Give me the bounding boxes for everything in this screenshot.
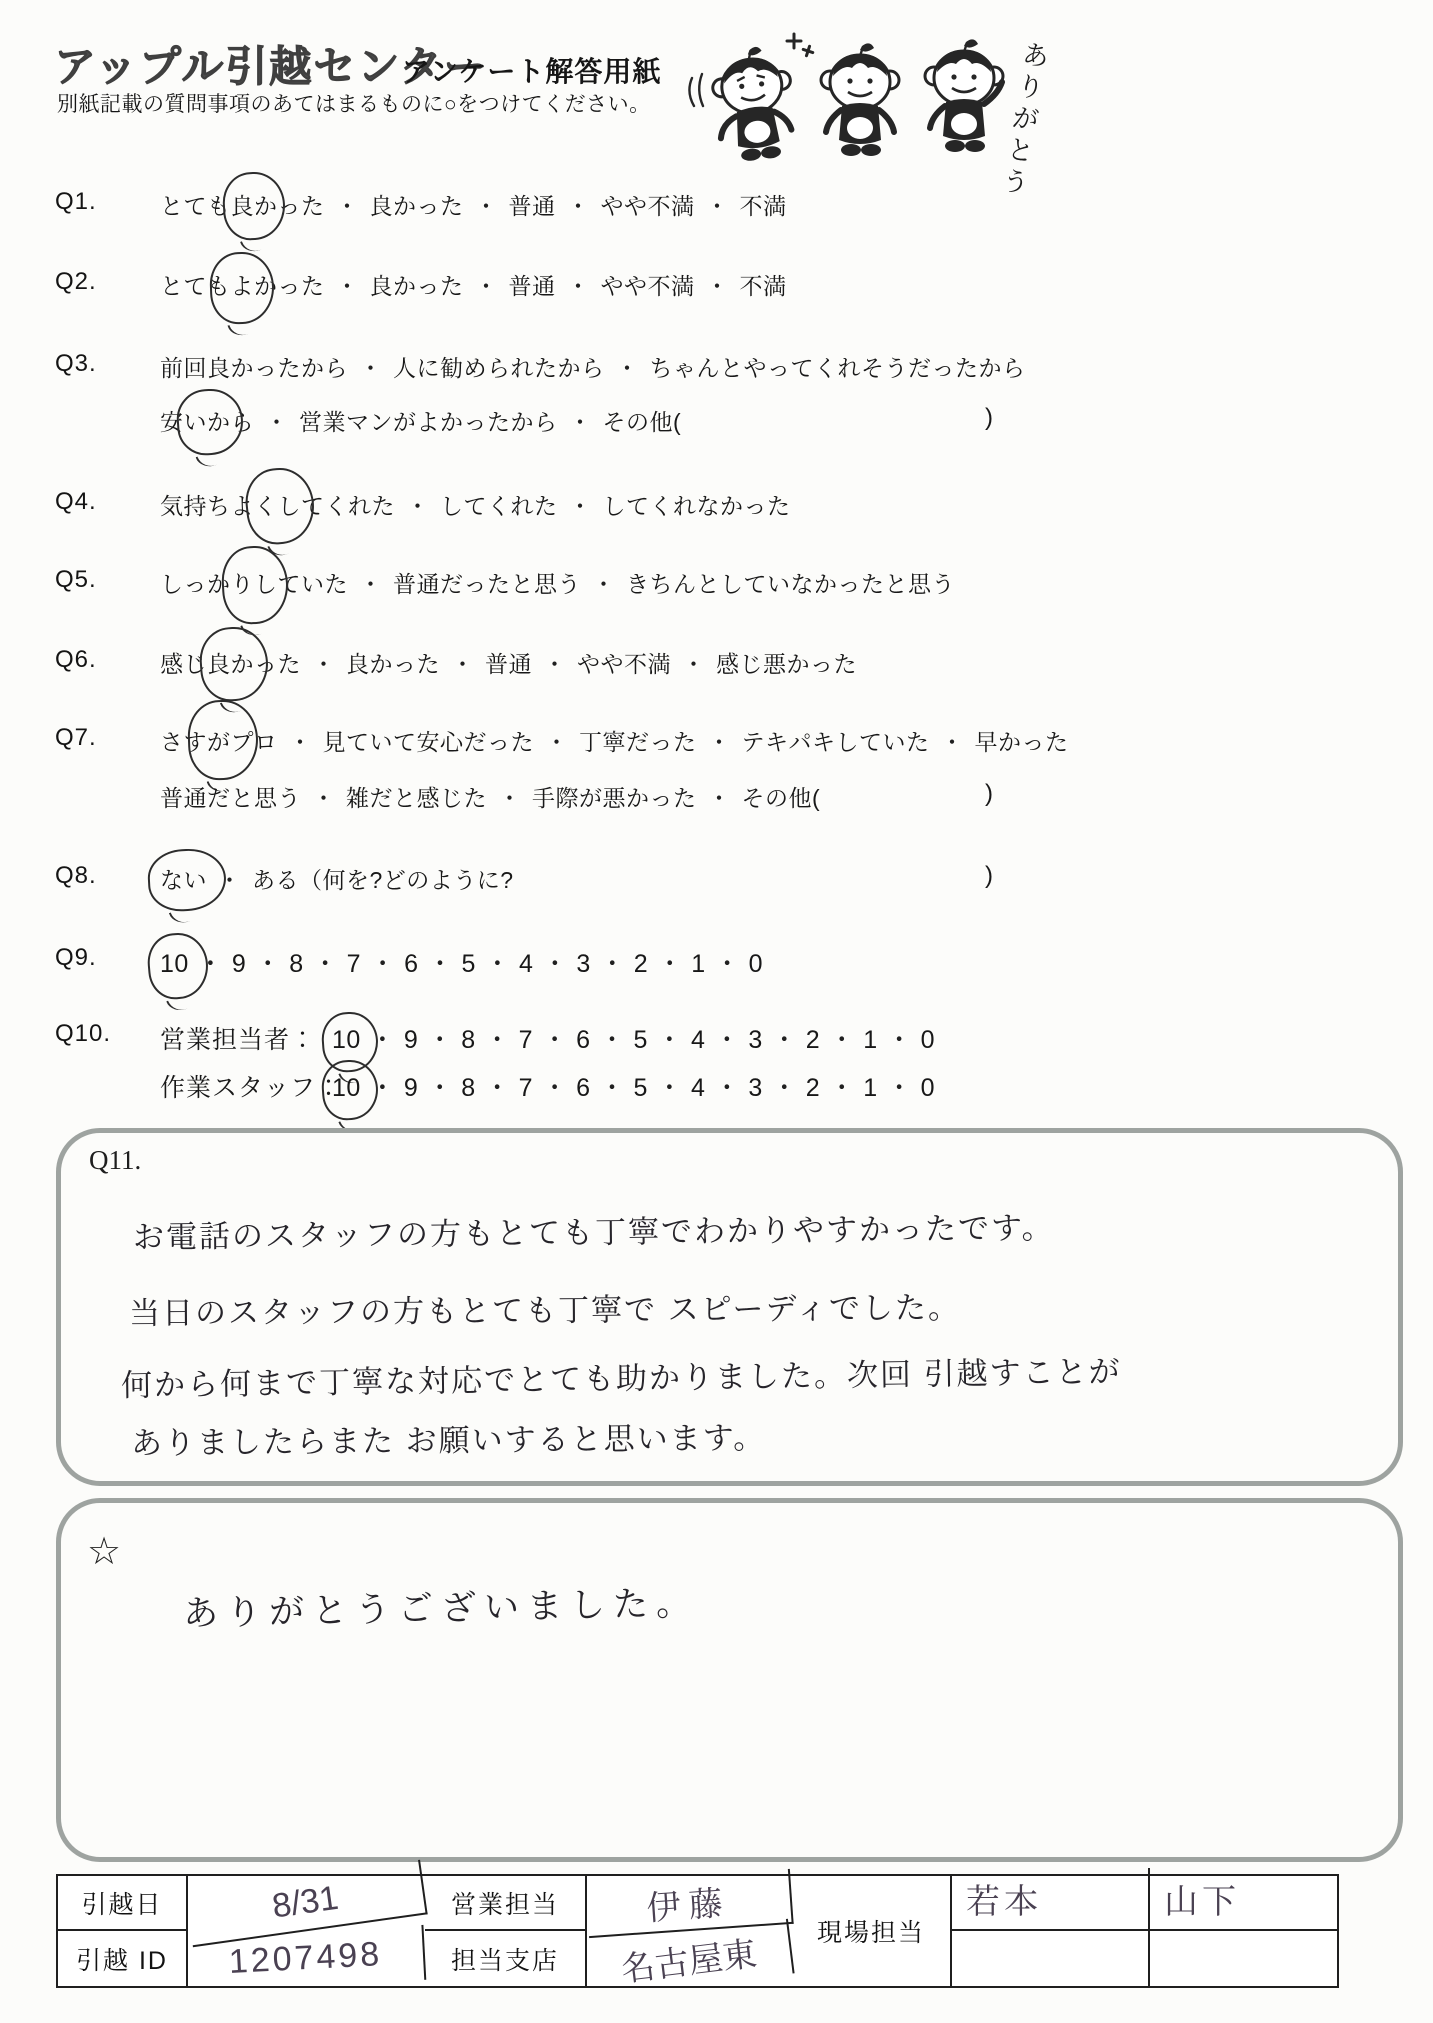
- answer-option: 10: [332, 1026, 361, 1055]
- thanks-box: ☆ ありがとうございました。: [56, 1498, 1403, 1862]
- option-separator-dot: ・: [543, 651, 566, 677]
- option-separator-dot: ・: [370, 1074, 395, 1102]
- option-separator-dot: ・: [475, 273, 498, 299]
- question-number-q11: Q11.: [89, 1145, 141, 1176]
- answer-option: 普通だったと思う: [393, 566, 581, 599]
- option-separator-dot: ・: [772, 1026, 797, 1054]
- question-row-q9: Q9.10・9・8・7・6・5・4・3・2・1・0: [55, 944, 1403, 984]
- answer-option: 7: [519, 1026, 533, 1055]
- question-number: Q10.: [55, 1020, 111, 1048]
- option-separator-dot: ・: [218, 867, 241, 893]
- answer-option: 人に勧められたから: [393, 350, 605, 383]
- option-separator-dot: ・: [312, 785, 335, 811]
- answer-options-line: とても良かった・良かった・普通・やや不満・不満: [160, 188, 787, 221]
- answer-option: 良かった: [346, 646, 440, 679]
- handwritten-comment-line: 当日のスタッフの方もとても丁寧で スピーディでした。: [129, 1282, 961, 1333]
- option-separator-dot: ・: [255, 950, 280, 978]
- question-number: Q9.: [55, 944, 97, 972]
- question-number: Q3.: [55, 350, 97, 378]
- close-paren: ): [985, 404, 993, 432]
- option-separator-dot: ・: [941, 729, 964, 755]
- answer-options-line: 作業スタッフ：10・9・8・7・6・5・4・3・2・1・0: [160, 1068, 935, 1104]
- answer-option: 6: [576, 1074, 590, 1103]
- answer-option: してくれなかった: [603, 488, 791, 521]
- option-separator-dot: ・: [600, 1026, 625, 1054]
- pen-circle-mark: [220, 544, 290, 625]
- option-separator-dot: ・: [485, 950, 510, 978]
- answer-option: 1: [863, 1026, 877, 1055]
- option-separator-dot: ・: [485, 1026, 510, 1054]
- answer-option: 丁寧だった: [579, 724, 697, 757]
- option-separator-dot: ・: [428, 950, 453, 978]
- option-separator-dot: ・: [708, 785, 731, 811]
- option-separator-dot: ・: [706, 193, 729, 219]
- answer-option: 3: [576, 950, 590, 979]
- answer-option: やや不満: [601, 188, 695, 221]
- option-separator-dot: ・: [359, 355, 382, 381]
- option-separator-dot: ・: [485, 1074, 510, 1102]
- option-separator-dot: ・: [682, 651, 705, 677]
- option-separator-dot: ・: [427, 1074, 452, 1102]
- answer-option: 普通: [485, 646, 532, 679]
- option-separator-dot: ・: [336, 193, 359, 219]
- scale-target-label: 営業担当者：: [160, 1020, 332, 1056]
- footer-label: 現場担当: [792, 1876, 952, 1986]
- option-separator-dot: ・: [829, 1074, 854, 1102]
- question-number: Q5.: [55, 566, 97, 594]
- option-separator-dot: ・: [887, 1026, 912, 1054]
- answer-option: 5: [634, 1074, 648, 1103]
- question-row-q3: Q3.前回良かったから・人に勧められたから・ちゃんとやってくれそうだったから安い…: [55, 350, 1403, 390]
- answer-options-line: 安いから・営業マンがよかったから・その他(: [160, 404, 681, 437]
- answer-options-line: 気持ちよくしてくれた・してくれた・してくれなかった: [160, 488, 791, 521]
- option-separator-dot: ・: [542, 1074, 567, 1102]
- question-row-q8: Q8.ない・ある（何を?どのように?): [55, 862, 1403, 902]
- footer-handwritten-value: 山下: [1150, 1868, 1337, 1931]
- footer-label: 引越日: [58, 1876, 188, 1931]
- option-separator-dot: ・: [336, 273, 359, 299]
- close-paren: ): [985, 780, 993, 808]
- answer-options-line: 普通だと思う・雑だと感じた・手際が悪かった・その他(: [160, 780, 820, 813]
- answer-option: 2: [634, 950, 648, 979]
- option-separator-dot: ・: [772, 1074, 797, 1102]
- question-row-q5: Q5.しっかりしていた・普通だったと思う・きちんとしていなかったと思う: [55, 566, 1403, 606]
- option-separator-dot: ・: [265, 409, 288, 435]
- option-separator-dot: ・: [657, 950, 682, 978]
- answer-options-line: 営業担当者：10・9・8・7・6・5・4・3・2・1・0: [160, 1020, 935, 1056]
- answer-option: 7: [347, 950, 361, 979]
- answer-option: 8: [461, 1026, 475, 1055]
- answer-option: 見ていて安心だった: [323, 724, 535, 757]
- option-separator-dot: ・: [567, 193, 590, 219]
- answer-option: ある（何を?どのように?: [252, 862, 514, 895]
- footer-label: 営業担当: [425, 1876, 587, 1931]
- answer-option: 6: [576, 1026, 590, 1055]
- footer-label: 引越 ID: [58, 1931, 188, 1986]
- option-separator-dot: ・: [451, 651, 474, 677]
- answer-option: 普通だと思う: [160, 780, 301, 813]
- answer-option: その他(: [742, 780, 821, 813]
- option-separator-dot: ・: [616, 355, 639, 381]
- option-separator-dot: ・: [427, 1026, 452, 1054]
- answer-options-line: 前回良かったから・人に勧められたから・ちゃんとやってくれそうだったから: [160, 350, 1026, 383]
- answer-option: 9: [404, 1074, 418, 1103]
- answer-option: さすがプロ: [160, 724, 278, 757]
- option-separator-dot: ・: [406, 493, 429, 519]
- answer-option: 0: [921, 1074, 935, 1103]
- question-number: Q8.: [55, 862, 97, 890]
- pen-circle-mark: [198, 625, 271, 704]
- option-separator-dot: ・: [498, 785, 521, 811]
- answer-option: 8: [461, 1074, 475, 1103]
- question-row-q4: Q4.気持ちよくしてくれた・してくれた・してくれなかった: [55, 488, 1403, 528]
- answer-option: 0: [921, 1026, 935, 1055]
- question-number: Q7.: [55, 724, 97, 752]
- answer-option: 2: [806, 1026, 820, 1055]
- option-separator-dot: ・: [569, 493, 592, 519]
- answer-option: 不満: [740, 268, 787, 301]
- handwritten-comment-line: ありましたらまた お願いすると思います。: [131, 1412, 767, 1463]
- answer-option: その他(: [603, 404, 682, 437]
- answer-option: 5: [462, 950, 476, 979]
- answer-option: ない: [160, 862, 207, 895]
- answer-option: 感じ良かった: [160, 646, 301, 679]
- answer-options-line: 10・9・8・7・6・5・4・3・2・1・0: [160, 944, 763, 980]
- answer-option: 良かった: [370, 268, 464, 301]
- answer-option: 不満: [740, 188, 787, 221]
- scale-target-label: 作業スタッフ：: [160, 1068, 332, 1104]
- option-separator-dot: ・: [600, 950, 625, 978]
- answer-option: 感じ悪かった: [716, 646, 857, 679]
- option-separator-dot: ・: [708, 729, 731, 755]
- answer-option: 良かった: [370, 188, 464, 221]
- pen-circle-mark: [242, 465, 318, 548]
- option-separator-dot: ・: [887, 1074, 912, 1102]
- question-number: Q2.: [55, 268, 97, 296]
- answer-options-line: 感じ良かった・良かった・普通・やや不満・感じ悪かった: [160, 646, 857, 679]
- option-separator-dot: ・: [657, 1074, 682, 1102]
- answer-option: 3: [748, 1026, 762, 1055]
- answer-option: 4: [691, 1026, 705, 1055]
- pen-circle-mark: [221, 170, 286, 241]
- question-row-q1: Q1.とても良かった・良かった・普通・やや不満・不満: [55, 188, 1403, 228]
- option-separator-dot: ・: [714, 1074, 739, 1102]
- answer-option: きちんとしていなかったと思う: [626, 566, 955, 599]
- answer-option: 9: [404, 1026, 418, 1055]
- answer-options-line: とてもよかった・良かった・普通・やや不満・不満: [160, 268, 787, 301]
- question-number: Q1.: [55, 188, 97, 216]
- question-number: Q6.: [55, 646, 97, 674]
- answer-option: 雑だと感じた: [346, 780, 487, 813]
- answer-option: 10: [160, 950, 189, 979]
- comment-box-q11: Q11. お電話のスタッフの方もとても丁寧でわかりやすかったです。 当日のスタッ…: [56, 1128, 1403, 1486]
- option-separator-dot: ・: [370, 950, 395, 978]
- footer-info-table: 引越日8/31営業担当伊藤現場担当若本山下引越 ID1207498担当支店名古屋…: [56, 1874, 1339, 1988]
- option-separator-dot: ・: [567, 273, 590, 299]
- footer-handwritten-value: [952, 1923, 1150, 1986]
- answer-option: 営業マンがよかったから: [299, 404, 558, 437]
- option-separator-dot: ・: [313, 950, 338, 978]
- answer-option: 安いから: [160, 404, 254, 437]
- option-separator-dot: ・: [475, 193, 498, 219]
- question-row-q7: Q7.さすがプロ・見ていて安心だった・丁寧だった・テキパキしていた・早かった普通…: [55, 724, 1403, 764]
- option-separator-dot: ・: [542, 950, 567, 978]
- answer-option: してくれた: [440, 488, 558, 521]
- option-separator-dot: ・: [569, 409, 592, 435]
- pen-circle-mark: [187, 699, 260, 781]
- answer-option: 0: [749, 950, 763, 979]
- answer-option: 4: [519, 950, 533, 979]
- pen-circle-mark: [209, 251, 275, 325]
- answer-option: 普通: [509, 188, 556, 221]
- answer-option: 2: [806, 1074, 820, 1103]
- answer-option: テキパキしていた: [742, 724, 930, 757]
- answer-options-line: しっかりしていた・普通だったと思う・きちんとしていなかったと思う: [160, 566, 955, 599]
- option-separator-dot: ・: [545, 729, 568, 755]
- answer-option: 手際が悪かった: [532, 780, 697, 813]
- answer-option: 10: [332, 1074, 361, 1103]
- answer-option: 1: [691, 950, 705, 979]
- close-paren: ): [985, 862, 993, 890]
- footer-handwritten-value: 若本: [952, 1868, 1150, 1931]
- option-separator-dot: ・: [359, 571, 382, 597]
- option-separator-dot: ・: [829, 1026, 854, 1054]
- answer-option: 4: [691, 1074, 705, 1103]
- pen-circle-mark: [175, 387, 245, 457]
- option-separator-dot: ・: [600, 1074, 625, 1102]
- option-separator-dot: ・: [542, 1026, 567, 1054]
- option-separator-dot: ・: [312, 651, 335, 677]
- pen-circle-mark: [146, 847, 227, 913]
- option-separator-dot: ・: [198, 950, 223, 978]
- option-separator-dot: ・: [289, 729, 312, 755]
- answer-option: 8: [289, 950, 303, 979]
- option-separator-dot: ・: [714, 1026, 739, 1054]
- answer-option: ちゃんとやってくれそうだったから: [650, 350, 1026, 383]
- answer-option: 3: [748, 1074, 762, 1103]
- footer-handwritten-value: [1150, 1923, 1337, 1986]
- question-row-q6: Q6.感じ良かった・良かった・普通・やや不満・感じ悪かった: [55, 646, 1403, 686]
- answer-option: やや不満: [601, 268, 695, 301]
- answer-option: 普通: [509, 268, 556, 301]
- answer-option: 気持ちよくしてくれた: [160, 488, 395, 521]
- question-row-q2: Q2.とてもよかった・良かった・普通・やや不満・不満: [55, 268, 1403, 308]
- answer-option: 1: [863, 1074, 877, 1103]
- answer-option: 6: [404, 950, 418, 979]
- answer-options-line: ない・ある（何を?どのように?: [160, 862, 514, 895]
- answer-option: 前回良かったから: [160, 350, 348, 383]
- answer-option: 5: [634, 1026, 648, 1055]
- answer-option: やや不満: [577, 646, 671, 679]
- option-separator-dot: ・: [370, 1026, 395, 1054]
- footer-handwritten-value: 1207498: [187, 1925, 427, 1992]
- handwritten-thanks: ありがとうございました。: [183, 1576, 700, 1637]
- star-icon: ☆: [87, 1529, 121, 1574]
- handwritten-comment-line: 何から何まで丁寧な対応でとても助かりました。次回 引越すことが: [121, 1346, 1122, 1405]
- option-separator-dot: ・: [706, 273, 729, 299]
- answer-options-line: さすがプロ・見ていて安心だった・丁寧だった・テキパキしていた・早かった: [160, 724, 1069, 757]
- answer-option: 早かった: [975, 724, 1069, 757]
- option-separator-dot: ・: [657, 1026, 682, 1054]
- option-separator-dot: ・: [715, 950, 740, 978]
- answer-option: とても良かった: [160, 188, 325, 221]
- option-separator-dot: ・: [592, 571, 615, 597]
- answer-option: とてもよかった: [160, 268, 325, 301]
- handwritten-comment-line: お電話のスタッフの方もとても丁寧でわかりやすかったです。: [133, 1202, 1055, 1257]
- answer-option: しっかりしていた: [160, 566, 348, 599]
- question-number: Q4.: [55, 488, 97, 516]
- answer-option: 9: [232, 950, 246, 979]
- answer-option: 7: [519, 1074, 533, 1103]
- survey-sheet: { "header": { "brand": "アップル引越センター", "fo…: [0, 0, 1433, 2023]
- footer-label: 担当支店: [425, 1931, 587, 1986]
- question-row-q10: Q10.営業担当者：10・9・8・7・6・5・4・3・2・1・0作業スタッフ：1…: [55, 1020, 1403, 1060]
